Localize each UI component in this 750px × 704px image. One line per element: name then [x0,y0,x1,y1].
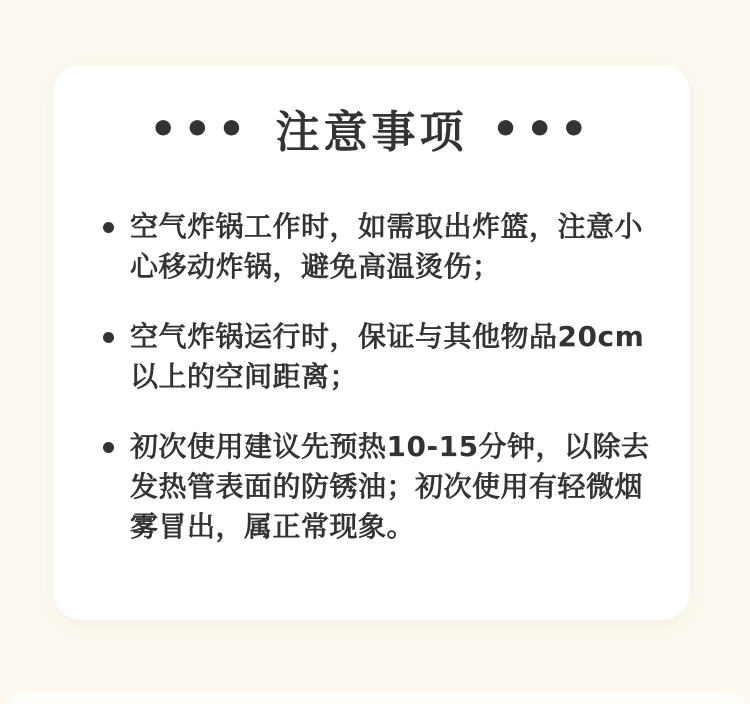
note-text: 空气炸锅运行时，保证与其他物品20cm以上的空间距离； [130,317,656,397]
list-item: 初次使用建议先预热10-15分钟，以除去发热管表面的防锈油；初次使用有轻微烟雾冒… [103,427,656,547]
dots-right-icon: ••• [492,108,594,152]
next-section-peek [10,692,744,704]
bullet-dot-icon [103,332,114,343]
dots-left-icon: ••• [149,108,251,152]
section-title-row: ••• 注意事项 ••• [53,111,690,155]
note-text: 空气炸锅工作时，如需取出炸篮，注意小心移动炸锅，避免高温烫伤； [130,207,656,287]
bullet-dot-icon [103,222,114,233]
list-item: 空气炸锅工作时，如需取出炸篮，注意小心移动炸锅，避免高温烫伤； [103,207,656,287]
notes-list: 空气炸锅工作时，如需取出炸篮，注意小心移动炸锅，避免高温烫伤； 空气炸锅运行时，… [53,207,690,547]
list-item: 空气炸锅运行时，保证与其他物品20cm以上的空间距离； [103,317,656,397]
precautions-card: ••• 注意事项 ••• 空气炸锅工作时，如需取出炸篮，注意小心移动炸锅，避免高… [53,65,690,620]
note-text: 初次使用建议先预热10-15分钟，以除去发热管表面的防锈油；初次使用有轻微烟雾冒… [130,427,656,547]
page-title: 注意事项 [276,111,468,155]
bullet-dot-icon [103,442,114,453]
